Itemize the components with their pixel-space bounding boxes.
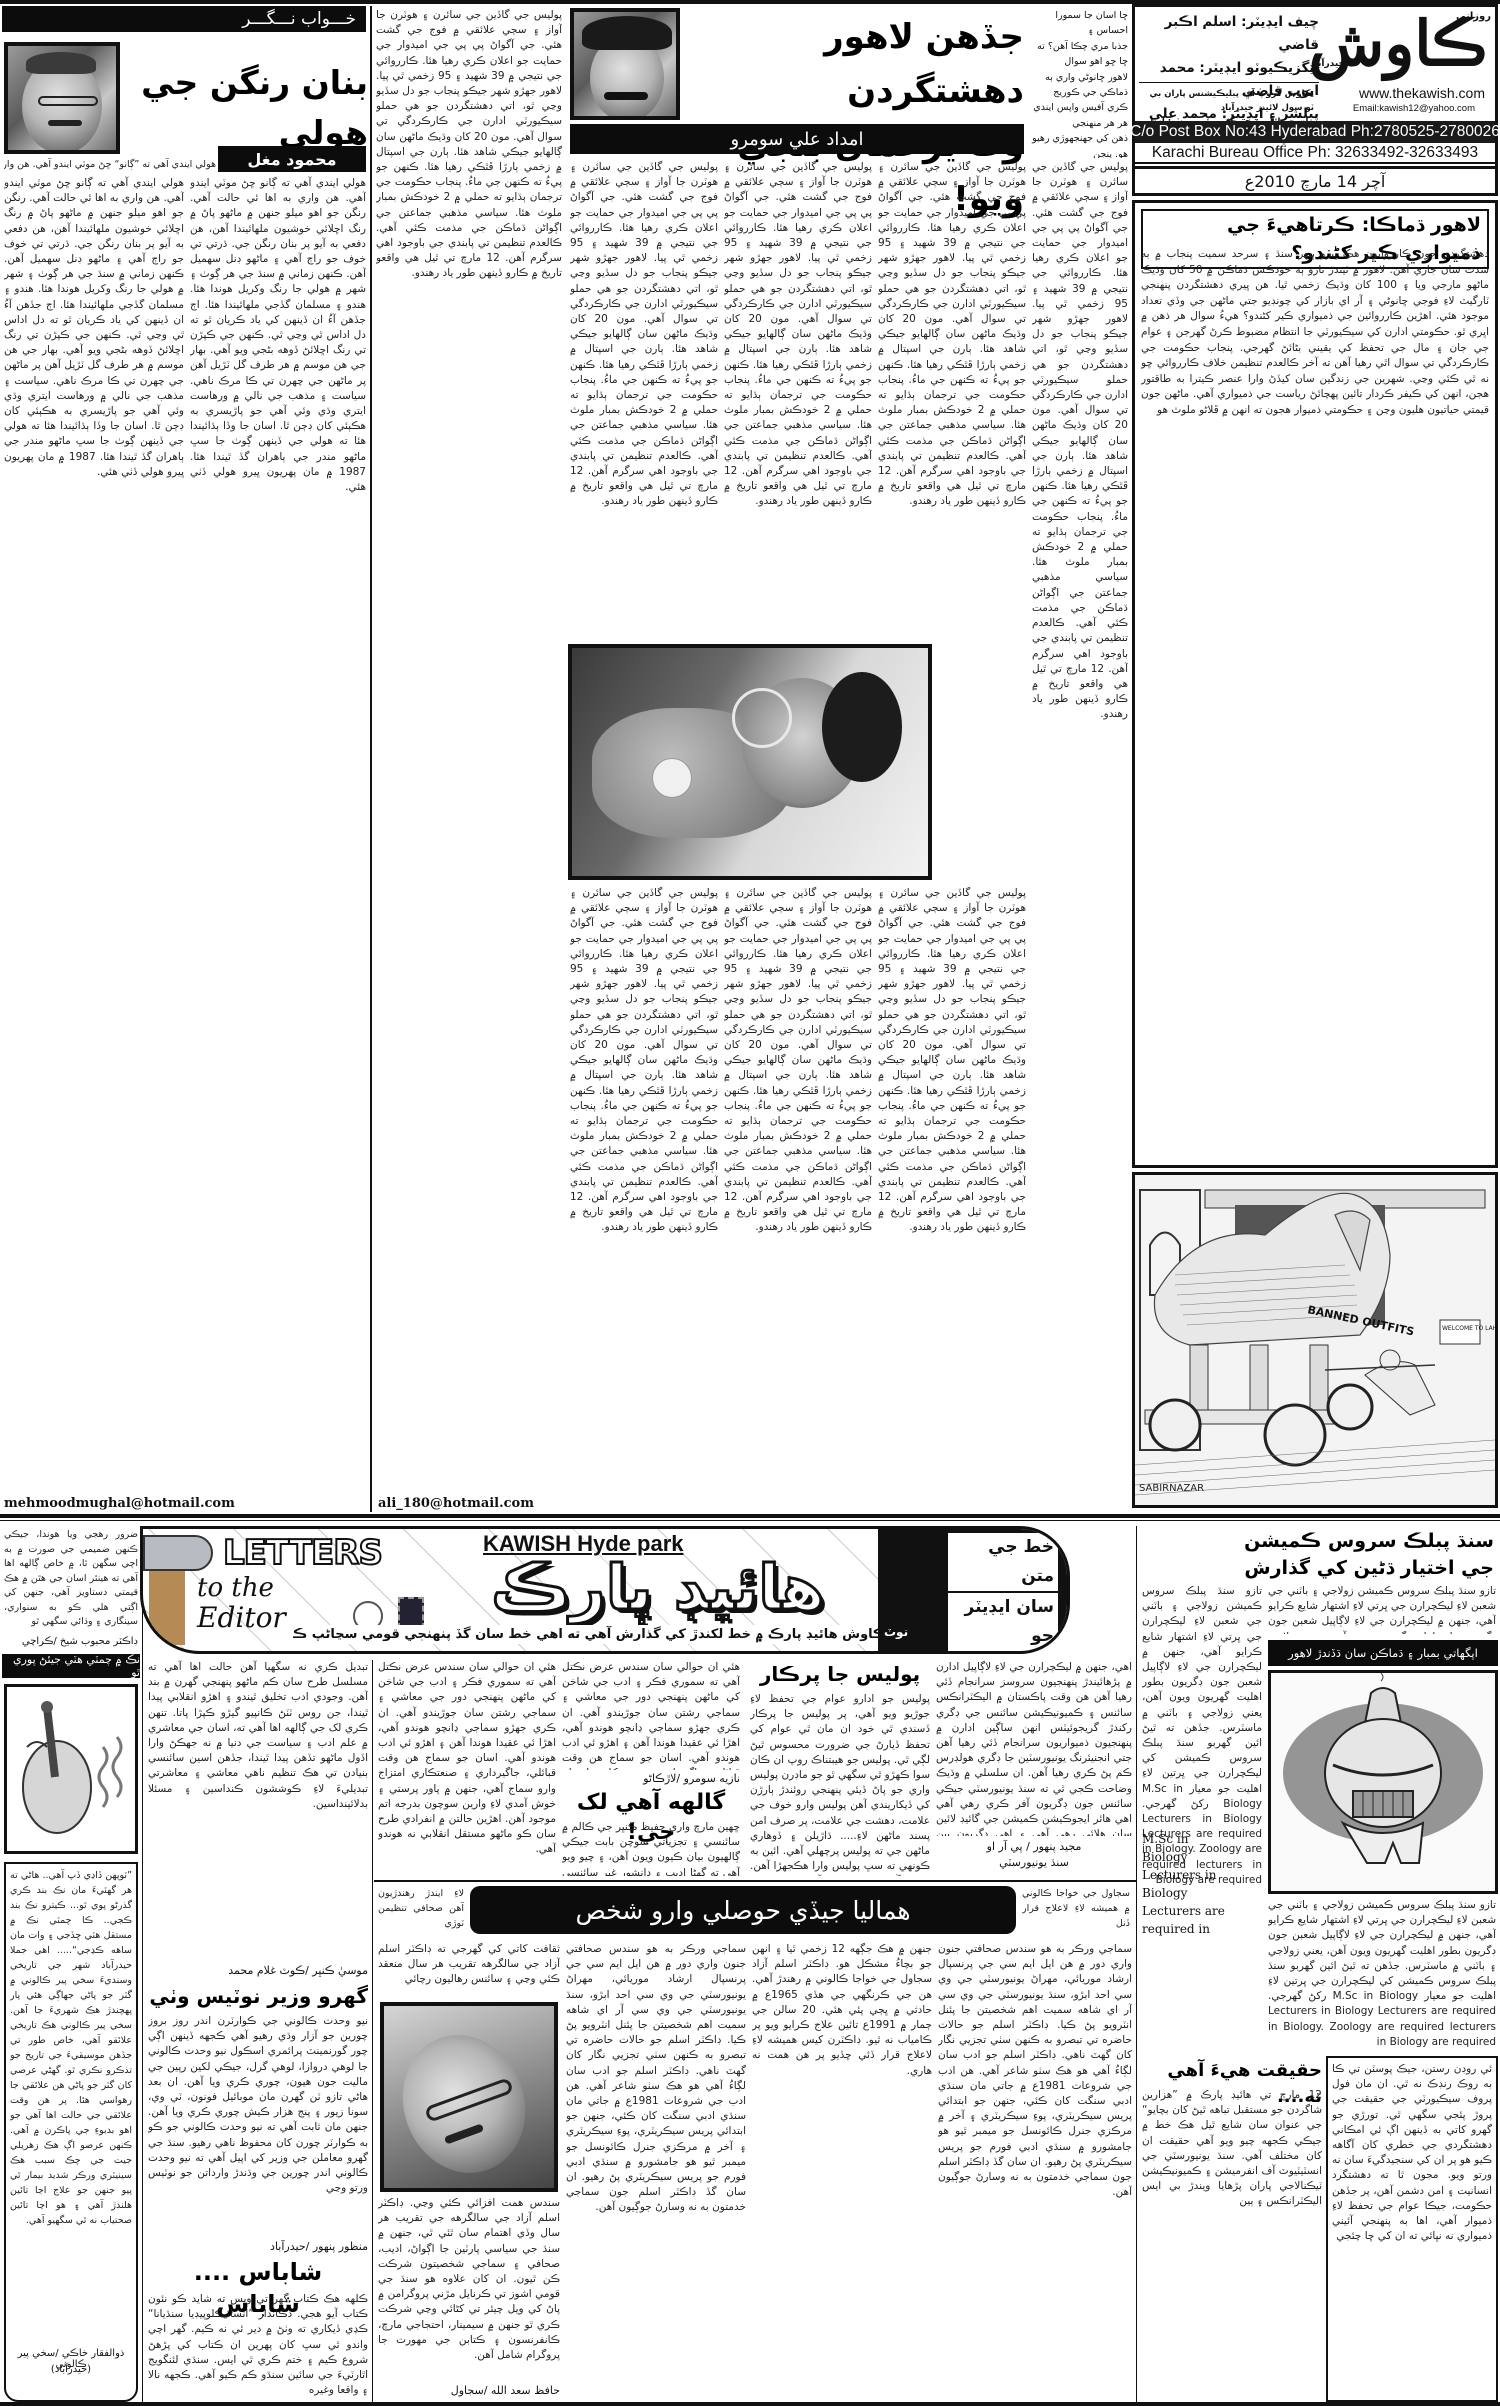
center-body-col-3b: پوليس جي گاڏين جي سائرن ۽ هوٽرن جا آواز … (724, 886, 872, 1492)
spsc-body-col-b: تازو سنڌ پبلڪ سروس ڪميشن زولاجي ۽ باٽني … (1268, 1898, 1496, 2054)
note-label: نوٽ (884, 1625, 908, 1639)
col-divider-letters-5 (1136, 1526, 1137, 2402)
nose-letter-body: ”ٽوپهن ڏاڍي ڏپ آهي.. هاڻي ته هر گهٽيءَ م… (10, 1868, 132, 2338)
email-link[interactable]: Email:kawish12@yahoo.com (1353, 103, 1475, 114)
letters-logo-editor: Editor (197, 1601, 286, 1634)
bottom-rule (0, 2402, 1500, 2406)
center-body-col-2a: پوليس جي گاڏين جي سائرن ۽ هوٽرن جا آواز … (570, 160, 718, 640)
center-body-col-5: پوليس جي گاڏين جي سائرن ۽ هوٽرن جا آواز … (1032, 160, 1128, 1492)
letters-logo-to-the: to the (197, 1573, 274, 1603)
col-divider-letters-2 (372, 1660, 373, 2404)
kicker-text: خـــواب نـــگـــر (242, 9, 356, 29)
left-lead-line: هولي ايندي آهي ته ”ڳانو“ ڇڻ موٽي ايندو آ… (4, 158, 216, 172)
spsc-body-col-a: تازو سنڌ پبلڪ سروس ڪميشن زولاجي ۽ باٽني … (1142, 1584, 1262, 2054)
center-author-bar: امداد علي سومرو (570, 124, 1024, 154)
letter-signature-top-left: ڊاڪٽر محبوب شيخ /ڪراچي (4, 1636, 138, 1647)
letters-logo: LETTERS (223, 1533, 382, 1573)
left-author-name: محمود مغل (247, 150, 336, 169)
truth-body: 12 مارچ تي هائيڊ پارڪ ۾ ”هزارين شاگردن ج… (1142, 2088, 1322, 2402)
intro-line: لاهور ڇانوڻي واري ٻه ڌماڪي جي ڪوريج (1030, 70, 1128, 101)
logo-prefix: روزاني (1456, 11, 1491, 22)
english-term: M.Sc in (1142, 1830, 1262, 1848)
spsc-english-terms: M.Sc in Biology Lecturers in Biology Lec… (1142, 1830, 1262, 1938)
left-author-email[interactable]: mehmoodmughal@hotmail.com (4, 1496, 235, 1511)
letter-body-col2a: تبديل ڪري نه سگهيا آهن حالت اها آهي ته م… (148, 1660, 368, 1960)
profile-col-d-body: سماجي ورڪر به هو سندس صحافتي جنون واري د… (938, 1942, 1132, 2400)
intro-line: جذبا مري چڪا آهن؟ ته ڇا ڇو اهو سوال (1030, 39, 1128, 70)
bomber-illustration (1271, 1673, 1495, 1891)
profile-col-a-body: سندس همت افزائي ڪئي وڃي. ڊاڪٽر اسلم آزاد… (378, 2196, 560, 2382)
letter-sig-col2b: منظور پنهور /حيدرآباد (148, 2240, 368, 2253)
col-divider-1 (370, 6, 372, 1512)
letter-body-col4: پوليس جو ادارو عوام جي تحفظ لاءِ جوڙيو و… (750, 1692, 930, 1876)
nose-letter-title-bar: نڪ ۾ چمٽي هٽي جيئڻ پوري ٿو (2, 1654, 140, 1678)
spsc-headline: سنڌ پبلڪ سروس ڪميشن جي اختيار ڌڻين کي گذ… (1142, 1528, 1494, 1582)
intro-line: ذهن کي جهنجهوڙي رهيو هو. پنجن (1030, 131, 1128, 158)
col-divider-letters-1 (142, 1526, 143, 2404)
spsc-headline-2: جي اختيار ڌڻين کي گذارش (1142, 1555, 1494, 1582)
letter-body-col2b: نيو وحدت ڪالوني جي ڪوارٽرن اندر روز بروز… (148, 2014, 368, 2236)
nose-clothespin-icon (7, 1687, 135, 1851)
cartoon-2-title: اپگهاتي بمبار ۽ ڌماڪن سان ڌڏندڙ لاهور (1288, 1646, 1478, 1660)
letter-snippet-top-left: ضرور رهجي ويا هوندا، جيڪي ڪنهن ضميمي جي … (4, 1528, 138, 1636)
center-body-col-1: پوليس جي گاڏين جي سائرن ۽ هوٽرن جا آواز … (376, 8, 562, 1492)
center-intro: ڇا اسان جا سمورا احساس ۽ جذبا مري چڪا آه… (1030, 8, 1128, 158)
english-term: Lecturers in Biology (1142, 1866, 1262, 1902)
section-rule (0, 1514, 1500, 1518)
disclaimer-line: خط جي متن (948, 1533, 1058, 1591)
nose-letter-sig-city: (حيدرآباد) (10, 2364, 132, 2375)
letter-body-col3b-top: هئي ان حوالي سان سندس عرض نڪتل آهي ته سم… (562, 1660, 740, 1770)
center-author-email[interactable]: ali_180@hotmail.com (378, 1496, 534, 1511)
cartoonist-signature: SABIRNAZAR (1139, 1483, 1204, 1494)
spsc-body-top: تازو سنڌ پبلڪ سروس ڪميشن زولاجي ۽ باٽني … (1268, 1584, 1496, 1634)
disclaimer-line: سان ايڊيٽر جو (948, 1593, 1058, 1651)
english-term: Biology (1142, 1848, 1262, 1866)
editorial-body: دهشتگردي جون ڪارروايون هڪ ڀيرو ٻيهر سنڌ … (1141, 247, 1489, 1159)
chief-editor: چيف ايڊيٽر: اسلم اڪبر قاضي (1139, 11, 1319, 57)
profile-headline-bar: هماليا جيڏي حوصلي وارو شخص (470, 1886, 1016, 1934)
center-body-col-4a: پوليس جي گاڏين جي سائرن ۽ هوٽرن جا آواز … (878, 160, 1026, 640)
center-body-col-3a: پوليس جي گاڏين جي سائرن ۽ هوٽرن جا آواز … (724, 160, 872, 640)
printer-line-1: ڪاوش گروپ آف پبليڪيشنس پاران بي ٽو سول ل… (1139, 87, 1314, 115)
editorial-continuation-box: ئي روڊن رستن، جيڪ پوسٽن تي ڪا به روڪ رنڊ… (1326, 2056, 1498, 2402)
website-link[interactable]: www.thekawish.com (1359, 85, 1485, 101)
center-headline-line-1: جڏهن لاهور دهشتگردن (684, 10, 1024, 118)
nose-letter-box: ”ٽوپهن ڏاڍي ڏپ آهي.. هاڻي ته هر گهٽيءَ م… (4, 1862, 138, 2402)
letter-body-col3-top: هئي ان حوالي سان سندس عرض نڪتل آهي ته سم… (378, 1660, 556, 1874)
center-author-name: امداد علي سومرو (731, 129, 864, 150)
section-rule-thin (0, 1520, 1500, 1521)
center-body-col-4b: پوليس جي گاڏين جي سائرن ۽ هوٽرن جا آواز … (878, 886, 1026, 1492)
editorial-continuation: ئي روڊن رستن، جيڪ پوسٽن تي ڪا به روڪ رنڊ… (1332, 2062, 1492, 2396)
letter-body-col3: ڇهين مارچ واري حفيظ ڪنڀر جي ڪالم ۾ سائنس… (562, 1820, 740, 1876)
intro-line: ڪري آفيس واپس ايندي هر هر منهنجي (1030, 100, 1128, 131)
letter-body-col5: اهي، جنهن ۾ ليڪچرارن جي لاءِ لاڳاپيل ادا… (936, 1660, 1132, 1836)
suicide-bomber-cartoon (1268, 1670, 1498, 1894)
letter-sig-col2a: موسيٰ ڪنڀر /ڪوٽ غلام محمد (148, 1964, 368, 1977)
editors-divider (1139, 82, 1319, 83)
author-photo-center (570, 8, 680, 120)
disclaimer-lines: خط جي متن سان ايڊيٽر جو متفق هجڻ ضروري ن… (948, 1533, 1058, 1654)
disclaimer-line: متفق هجڻ (948, 1653, 1058, 1654)
nose-illustration (4, 1684, 138, 1854)
profile-right-snippet: سجاول جي خواجا ڪالوني ۾ هميشه لاءِ لاعلا… (1022, 1886, 1130, 1936)
english-term: Lecturers are required in (1142, 1902, 1262, 1938)
profile-signature: حافظ سعد الله /سجاول (378, 2384, 560, 2397)
left-column-body-a: هولي ايندي آهي ته ڳانو ڇڻ موٽي ايندو آهي… (4, 176, 184, 1494)
hyde-park-banner: LETTERS to the Editor KAWISH Hyde park ه… (140, 1526, 1070, 1654)
intro-line: ڇا اسان جا سمورا احساس ۽ (1030, 8, 1128, 39)
profile-headline: هماليا جيڏي حوصلي وارو شخص (575, 1896, 910, 1925)
cartoon-2-title-bar: اپگهاتي بمبار ۽ ڌماڪن سان ڌڏندڙ لاهور (1268, 1640, 1498, 1666)
profile-top-rule (374, 1880, 1136, 1882)
letter-sig-col3: نازيه سومرو /لاڙڪاڻو (562, 1772, 740, 1785)
bureau-line: Karachi Bureau Office Ph: 32633492-32633… (1135, 144, 1495, 164)
hyde-park-note: ڪاوش هائيڊ پارڪ ۾ خط لکندڙ کي گذارش آهي … (293, 1625, 893, 1644)
editorial-box: لاهور ڌماڪا: ڪرتاهيءَ جي ذميواري ڪير کڻن… (1132, 200, 1498, 1168)
profile-photo (380, 2002, 558, 2192)
left-author-bar: محمود مغل (218, 146, 366, 172)
left-column-headline: بنان رنگن جي هولي (124, 58, 368, 158)
letter-headline-col4: پوليس جا پرڪار (750, 1660, 930, 1688)
letter-body-col2c: ڪلهه هڪ ڪتاب گهر تي ويس ته شايد ڪو نئون … (148, 2292, 368, 2400)
masthead-box: ڪاوش روزاني حيدرآباد چيف ايڊيٽر: اسلم اڪ… (1132, 4, 1498, 180)
spsc-headline-1: سنڌ پبلڪ سروس ڪميشن (1142, 1528, 1494, 1555)
trojan-horse-illustration: BANNED OUTFITS WELCOME TO LAHORE SABIRNA… (1135, 1175, 1495, 1505)
left-column-body-b: هولي ايندي آهي ته ڳانو ڇڻ موٽي ايندو آهي… (190, 176, 366, 1494)
disclaimer-panel: خط جي متن سان ايڊيٽر جو متفق هجڻ ضروري ن… (878, 1529, 1068, 1653)
center-body-col-2b: پوليس جي گاڏين جي سائرن ۽ هوٽرن جا آواز … (570, 886, 718, 1492)
letter-sig-col5: مجيد پنهور / پي آر او (936, 1840, 1132, 1853)
author-photo-left (4, 42, 120, 154)
column-kicker: خـــواب نـــگـــر (2, 6, 366, 32)
mailbox-icon (143, 1535, 213, 1571)
news-photo-injured-child (568, 644, 932, 880)
letter-sig-col5-org: سنڌ يونيورسٽي (936, 1856, 1132, 1869)
welcome-sign: WELCOME TO LAHORE (1442, 1325, 1495, 1332)
profile-left-snippet: لاءِ ايندڙ رهندڙيون آهن صحافي تنظيمن ٽوڙ… (378, 1886, 464, 1936)
profile-col-a-top: ثقافت کاتي کي گهرجي ته ڊاڪٽر اسلم آزاد ج… (378, 1942, 560, 1996)
profile-col-c-body: جنهن ۾ هڪ جڳهه 12 زخمي ٿيا ۽ انهن جو بچا… (752, 1942, 932, 2400)
nose-letter-title: نڪ ۾ چمٽي هٽي جيئڻ پوري ٿو (2, 1653, 140, 1679)
editorial-cartoon: BANNED OUTFITS WELCOME TO LAHORE SABIRNA… (1132, 1172, 1498, 1508)
hyde-park-sindhi-title: هائيڊ پارڪ (443, 1553, 873, 1623)
letter-headline-col2b: گهرو وزير نوٽيس وٺي (148, 1982, 368, 2010)
profile-col-b-body: سماجي ورڪر به هو سندس صحافتي جنون واري د… (566, 1942, 746, 2400)
address-bar: C/o Post Box No:43 Hyderabad Ph:2780525-… (1135, 121, 1495, 143)
issue-date: آچر 14 مارچ 2010ع (1132, 166, 1498, 196)
